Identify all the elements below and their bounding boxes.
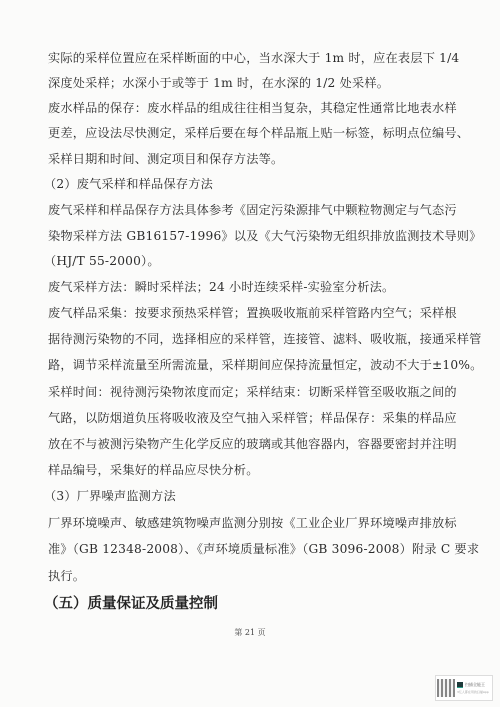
camscanner-logo-icon [457,682,463,688]
subsection-heading: （2）废气采样和样品保存方法 [44,176,444,192]
watermark-title: 扫描全能王 [465,682,485,688]
paragraph-line: 深度处采样；水深小于或等于 1m 时，在水深的 1/2 处采样。 [48,75,448,91]
paragraph-line: （HJ/T 55-2000）。 [44,253,444,269]
paragraph-line: 废气样品采集：按要求预热采样管；置换吸收瓶前采样管路内空气；采样根 [48,305,448,321]
qr-code-icon [437,679,455,697]
paragraph-line: 采样时间：视待测污染物浓度而定；采样结束：切断采样管至吸收瓶之间的 [48,384,448,400]
paragraph-line: 路，调节采样流量至所需流量，采样期间应保持流量恒定，波动不大于±10%。 [48,357,448,373]
subsection-heading: （3）厂界噪声监测方法 [44,488,444,504]
watermark-subtitle: 3亿人都在用的扫描App [457,690,489,694]
paragraph-line: 废气采样和样品保存方法具体参考《固定污染源排气中颗粒物测定与气态污 [48,202,448,218]
paragraph-line: 据待测污染物的不同，选择相应的采样管，连接管、滤料、吸收瓶，接通采样管 [48,331,448,347]
document-page: 实际的采样位置应在采样断面的中心，当水深大于 1m 时，应在表层下 1/4 深度… [0,0,500,707]
paragraph-line: 厂界环境噪声、敏感建筑物噪声监测分别按《工业企业厂界环境噪声排放标 [48,515,448,531]
paragraph-line: 废水样品的保存：废水样品的组成往往相当复杂，其稳定性通常比地表水样 [48,100,448,116]
paragraph-line: 更差，应设法尽快测定，采样后要在每个样品瓶上贴一标签，标明点位编号、 [48,125,448,141]
paragraph-line: 样品编号，采集好的样品应尽快分析。 [48,462,448,478]
paragraph-line: 准》（GB 12348-2008）、《声环境质量标准》（GB 3096-2008… [48,541,448,557]
scanner-watermark: 扫描全能王 3亿人都在用的扫描App [435,675,493,701]
section-heading: （五）质量保证及质量控制 [44,592,218,613]
paragraph-line: 废气采样方法：瞬时采样法；24 小时连续采样-实验室分析法。 [48,279,448,295]
page-number: 第 21 页 [0,627,500,638]
paragraph-line: 放在不与被测污染物产生化学反应的玻璃或其他容器内，容器要密封并注明 [48,436,448,452]
paragraph-line: 采样日期和时间、测定项目和保存方法等。 [48,151,448,167]
paragraph-line: 染物采样方法 GB16157-1996》以及《大气污染物无组织排放监测技术导则》 [48,228,448,244]
paragraph-line: 实际的采样位置应在采样断面的中心，当水深大于 1m 时，应在表层下 1/4 [48,50,448,66]
paragraph-line: 执行。 [48,568,448,584]
paragraph-line: 气路，以防烟道负压将吸收液及空气抽入采样管；样品保存：采集的样品应 [48,410,448,426]
